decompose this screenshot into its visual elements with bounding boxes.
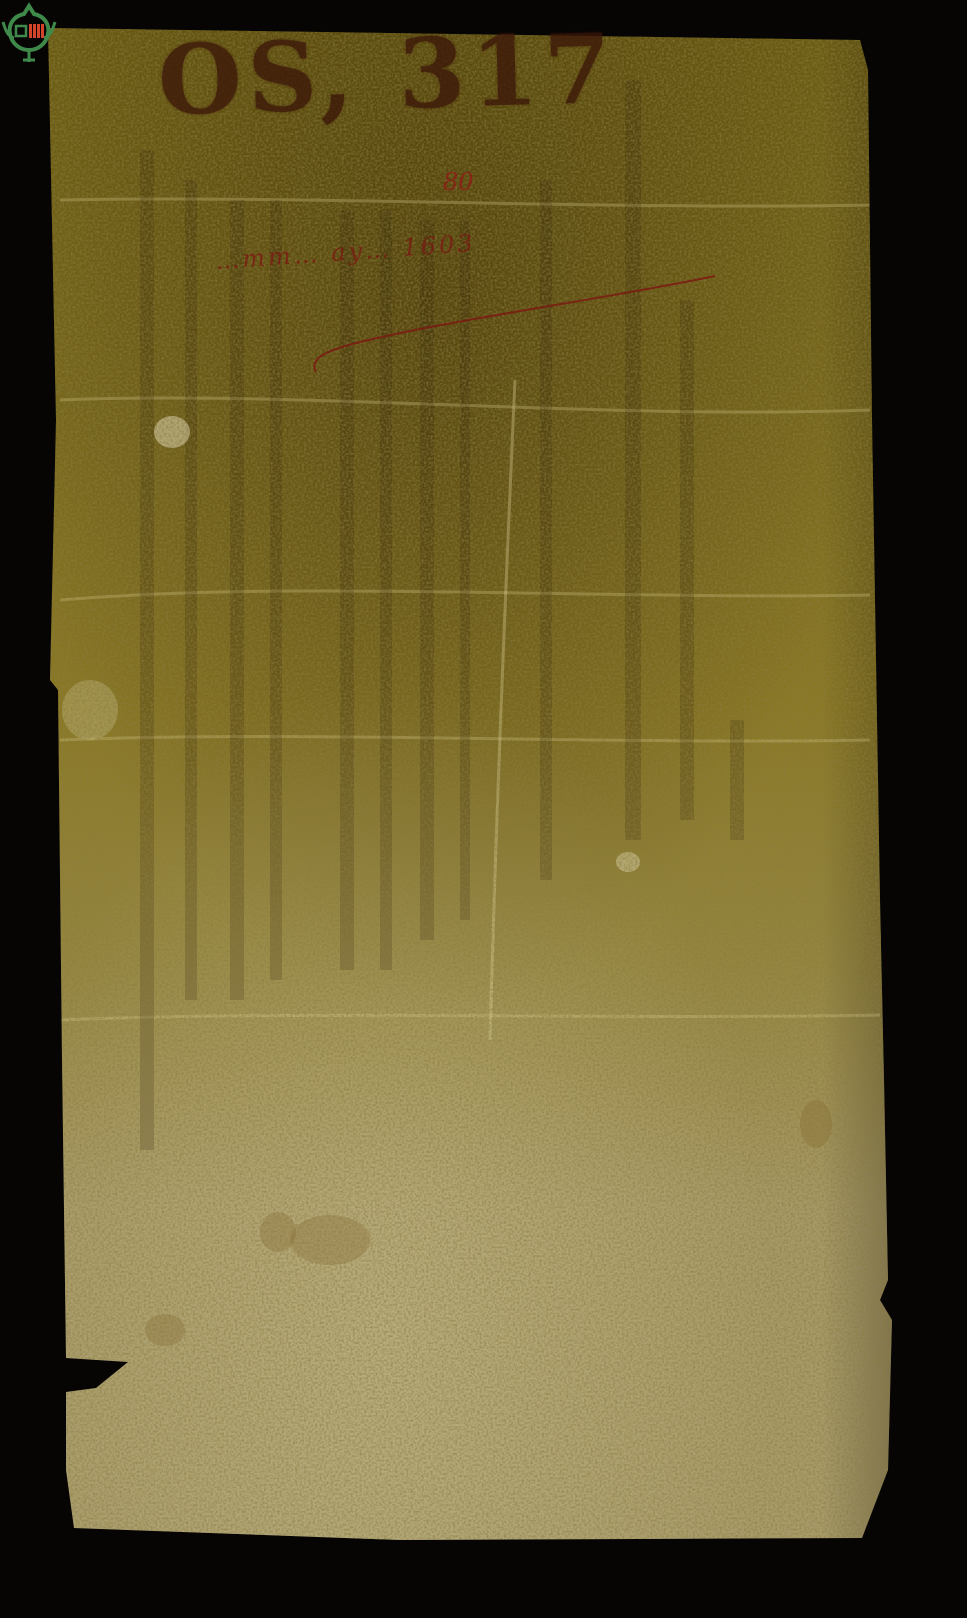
archive-stamp-icon	[0, 0, 58, 68]
shelfmark-label: OS, 317	[157, 12, 619, 137]
parchment-sheet: OS, 317 80 …mm… ay… 1603	[0, 0, 967, 1618]
folio-number: 80	[443, 168, 474, 196]
parchment-shape	[0, 0, 967, 1618]
